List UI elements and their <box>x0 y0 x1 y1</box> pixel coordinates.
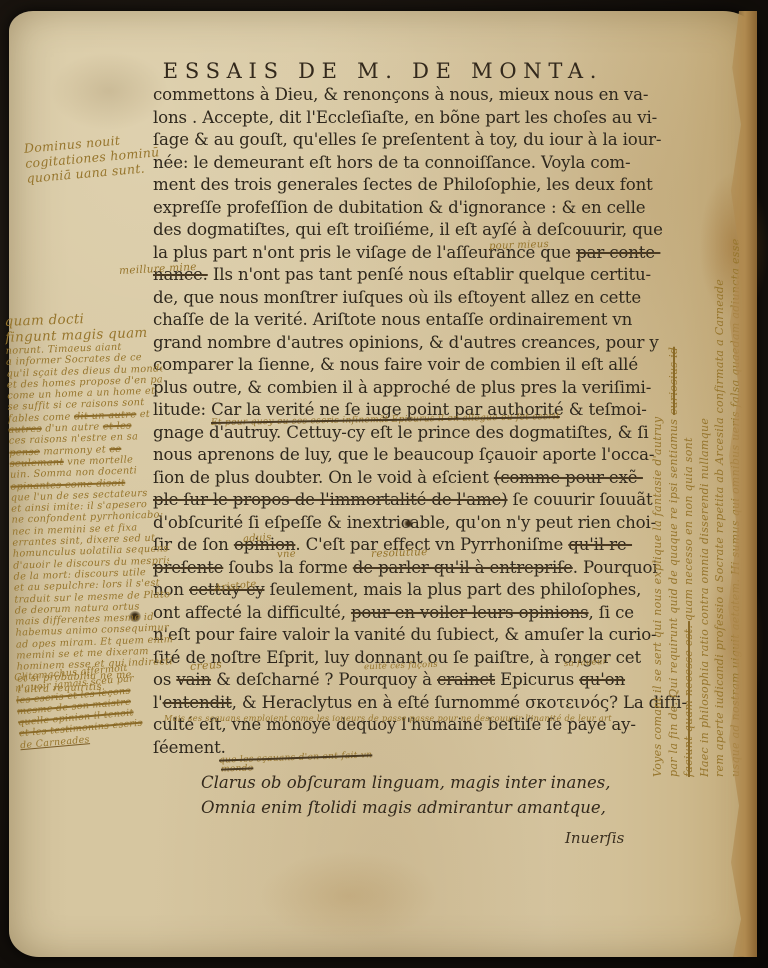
handwritten-line: rem aperte iudicandi professio a Socrate… <box>713 135 729 777</box>
text-segment: ſoubs la forme <box>223 558 352 577</box>
text-segment: lons . Accepte, dit l'Eccleſiaſte, en bõ… <box>153 108 657 127</box>
text-segment: et <box>136 409 150 420</box>
struck-text-segment: autres <box>8 424 42 436</box>
text-segment: , ſi ce <box>589 603 634 622</box>
text-segment: Ils n'ont pas tant penſé nous eſtablir q… <box>208 265 651 284</box>
handwritten-note: aduis <box>243 532 272 545</box>
text-segment: Epicurus <box>495 670 579 689</box>
text-segment: comparer la ſienne, & nous faire voir de… <box>153 355 638 374</box>
printed-line: expreſſe profeſſion de dubitation & d'ig… <box>153 198 643 221</box>
printed-line: ſage & au gouſt, qu'elles ſe preſentent … <box>153 130 643 153</box>
text-segment: . C'eſt par effect vn Pyrrhoniſme <box>295 535 568 554</box>
text-segment: commettons à Dieu, & renonçons à nous, m… <box>153 85 648 104</box>
text-segment: nous aprenons de luy, que le beaucoup ſç… <box>153 445 654 464</box>
struck-text-segment: et les <box>103 421 132 433</box>
handwritten-note: resolutiue <box>371 546 428 560</box>
struck-text-segment: par conte- <box>576 243 660 262</box>
handwritten-line: Voyes comant il se sert qui nous expliqu… <box>651 135 667 777</box>
text-segment: plus outre, & combien il à approché de p… <box>153 378 651 397</box>
handwritten-line: faciunt quam necesse est. quam necesso e… <box>682 135 698 777</box>
handwritten-note: pour mieus <box>489 239 549 252</box>
printed-line: l'entendit, & Heraclytus en à eſté ſurno… <box>153 693 643 716</box>
struck-text-segment: qu'on <box>579 670 625 689</box>
struck-text-segment: pense <box>9 446 40 458</box>
struck-text-segment: ple ſur le propos de l'immortalité de l'… <box>153 490 508 509</box>
printed-line: grand nombre d'autres opinions, & d'autr… <box>153 333 643 356</box>
verse-line: Clarus ob obſcuram linguam, magis inter … <box>201 773 610 798</box>
printed-line: commettons à Dieu, & renonçons à nous, m… <box>153 85 643 108</box>
paper-stain <box>259 851 439 941</box>
printed-line: ment des trois generales ſectes de Philo… <box>153 175 643 198</box>
printed-line: ont affecté la difficulté, pour en voile… <box>153 603 643 626</box>
struck-text-segment: pour en voiler leurs opinions <box>351 603 589 622</box>
handwritten-note: creus <box>190 658 223 673</box>
text-segment: ſage & au gouſt, qu'elles ſe preſentent … <box>153 130 661 149</box>
printed-line: plus outre, & combien il à approché de p… <box>153 378 643 401</box>
text-segment: ſéement. <box>153 738 226 757</box>
latin-verse: Clarus ob obſcuram linguam, magis inter … <box>201 773 610 823</box>
printed-line: la plus part n'ont pris le viſage de l'a… <box>153 243 643 266</box>
text-segment: l' <box>153 693 163 712</box>
text-segment: ſion de plus doubter. On le void à eſcie… <box>153 468 494 487</box>
printed-line: des dogmatiſtes, qui eſt troiſiéme, il e… <box>153 220 643 243</box>
printed-line: n'eſt pour faire valoir la vanité du ſub… <box>153 625 643 648</box>
text-segment: & deſcharné ? Pourquoy à <box>211 670 437 689</box>
printed-line: comparer la ſienne, & nous faire voir de… <box>153 355 643 378</box>
struck-text-segment: entendit <box>163 693 232 712</box>
printed-line: d'obſcurité ſi eſpeſſe & inextricable, q… <box>153 513 643 536</box>
handwritten-note: Mais ses sçauans emploient come les ioue… <box>164 713 612 723</box>
text-segment: de, que nous monſtrer iuſques où ils eſt… <box>153 288 641 307</box>
text-segment: des dogmatiſtes, qui eſt troiſiéme, il e… <box>153 220 663 239</box>
text-segment: ont affecté la difficulté, <box>153 603 351 622</box>
struck-text-segment: ce <box>109 444 121 455</box>
catchword: Inuerſis <box>565 829 624 847</box>
struck-text-segment: qu'il re- <box>568 535 632 554</box>
text-segment: chaſſe de la verité. Ariſtote nous entaſ… <box>153 310 632 329</box>
text-segment: d'obſcurité ſi eſpeſſe & inextricable, q… <box>153 513 656 532</box>
struck-text-segment: de parler qu'il à entrepriſe <box>353 558 573 577</box>
text-segment: ſe couurir ſouuãt <box>508 490 653 509</box>
text-segment: n'eſt pour faire valoir la vanité du ſub… <box>153 625 657 644</box>
printed-line: lons . Accepte, dit l'Eccleſiaſte, en bõ… <box>153 108 643 131</box>
text-segment: grand nombre d'autres opinions, & d'autr… <box>153 333 659 352</box>
scanned-page-photo: ESSAIS DE M. DE MONTA. commettons à Dieu… <box>0 0 768 968</box>
text-segment: ment des trois generales ſectes de Philo… <box>153 175 653 194</box>
text-segment: Voyes comant il se sert qui nous expliqu… <box>651 417 664 777</box>
text-segment: quam necesso en non quia sont <box>682 437 695 621</box>
printed-line: ple ſur le propos de l'immortalité de l'… <box>153 490 643 513</box>
printed-line: de, que nous monſtrer iuſques où ils eſt… <box>153 288 643 311</box>
text-segment: par la fin de. Qui requirunt quid de qua… <box>667 415 680 777</box>
printed-line: née: le demeurant eſt hors de ta connoiſ… <box>153 153 643 176</box>
text-segment: expreſſe profeſſion de dubitation & d'ig… <box>153 198 645 217</box>
book-page: ESSAIS DE M. DE MONTA. commettons à Dieu… <box>9 11 757 957</box>
handwritten-note: vne <box>277 549 296 561</box>
struck-text-segment: curiosius id <box>667 347 680 415</box>
left-margin-note-top: Dominus nouitcogitationes hominūquoniā u… <box>23 129 161 186</box>
printed-line: chaſſe de la verité. Ariſtote nous entaſ… <box>153 310 643 333</box>
running-header: ESSAIS DE M. DE MONTA. <box>9 59 757 83</box>
text-segment: . Pourquoi <box>573 558 658 577</box>
struck-text-segment: (comme pour exẽ- <box>494 468 643 487</box>
text-segment: rem aperte iudicandi professio a Socrate… <box>713 279 726 777</box>
left-margin-note-bottom: Clitomachus affermoitn'auoir jamais sceu… <box>14 662 144 752</box>
text-segment: Haec in philosophia ratio contra omnia d… <box>698 418 711 777</box>
struck-text-segment: crainct <box>437 670 495 689</box>
handwritten-line: par la fin de. Qui requirunt quid de qua… <box>667 135 683 777</box>
verse-line: Omnia enim ſtolidi magis admirantur aman… <box>201 798 610 823</box>
handwritten-note: monde <box>221 763 254 774</box>
text-segment: ſeulement, mais la plus part des philoſo… <box>264 580 641 599</box>
text-segment: , & Heraclytus en à eſté ſurnommé σκοτει… <box>232 693 687 712</box>
struck-text-segment: faciunt quam necesse est. <box>682 621 695 777</box>
printed-line: nance. Ils n'ont pas tant penſé nous eſt… <box>153 265 643 288</box>
printed-line: ſion de plus doubter. On le void à eſcie… <box>153 468 643 491</box>
printed-line: nous aprenons de luy, que le beaucoup ſç… <box>153 445 643 468</box>
left-margin-annotations: quam doctifingunt magis quamnorunt. Tima… <box>4 308 173 695</box>
printed-line: preſente ſoubs la forme de parler qu'il … <box>153 558 643 581</box>
text-segment: née: le demeurant eſt hors de ta connoiſ… <box>153 153 630 172</box>
printed-line: os vain & deſcharné ? Pourquoy à crainct… <box>153 670 643 693</box>
handwritten-line: Haec in philosophia ratio contra omnia d… <box>698 135 714 777</box>
